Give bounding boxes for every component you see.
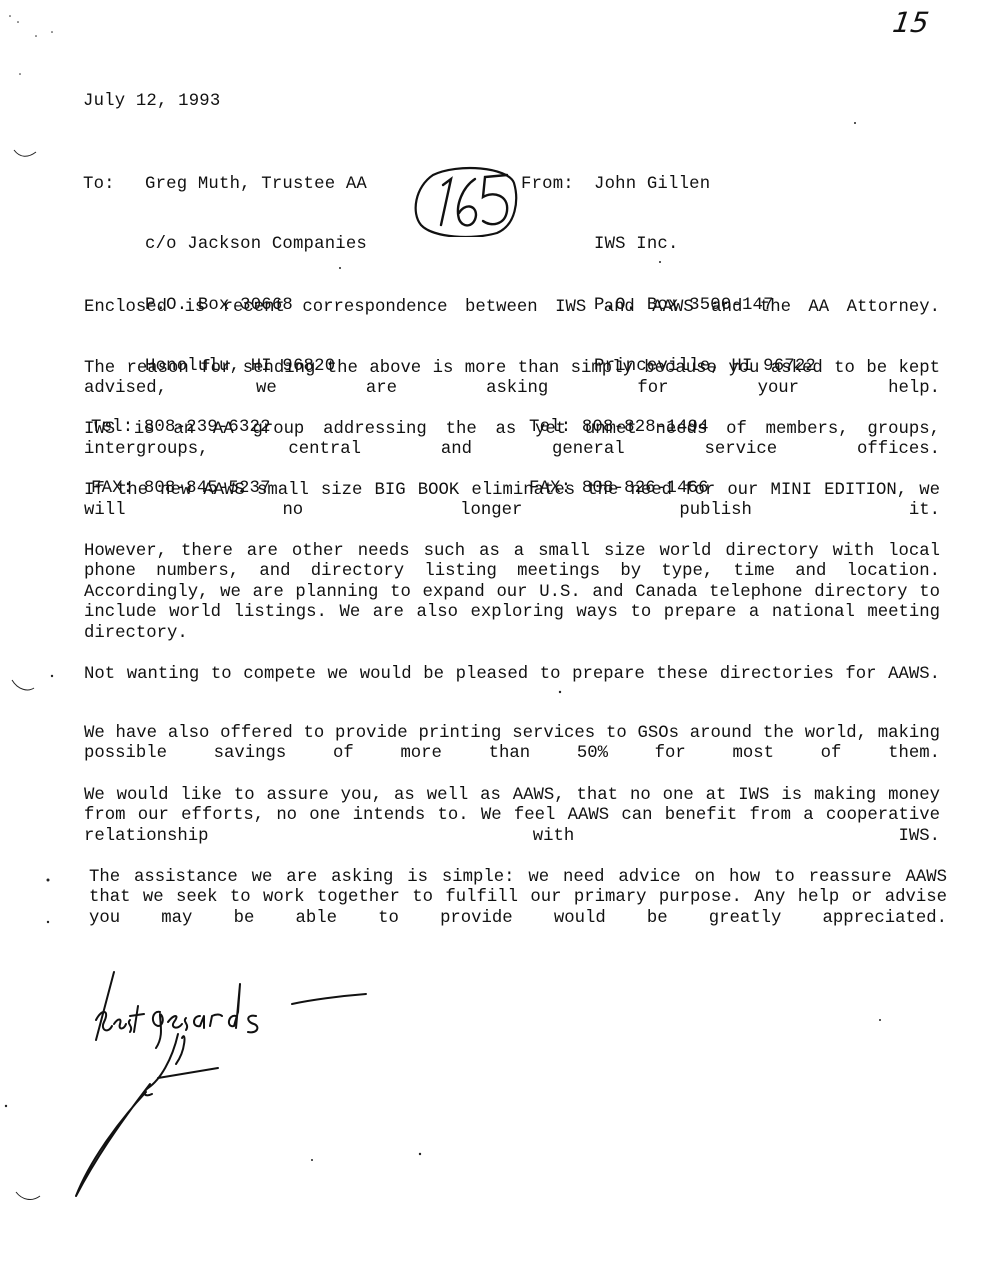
sender-name: John Gillen	[594, 175, 710, 194]
body-paragraph: However, there are other needs such as a…	[84, 542, 940, 664]
body-paragraph: Not wanting to compete we would be pleas…	[84, 665, 940, 706]
handwritten-page-number: 15	[891, 6, 931, 39]
from-label: From:	[521, 175, 594, 195]
body-paragraph: The reason for sending the above is more…	[84, 359, 940, 420]
body-paragraph: The assistance we are asking is simple: …	[89, 868, 947, 950]
body-paragraph: IWS is an AA group addressing the as yet…	[84, 420, 940, 481]
letter-date: July 12, 1993	[83, 92, 220, 112]
to-label: To:	[83, 175, 145, 195]
circled-handwritten-number	[413, 165, 519, 237]
body-paragraph: Enclosed is recent correspondence betwee…	[84, 298, 940, 339]
recipient-name: Greg Muth, Trustee AA	[145, 175, 367, 194]
body-paragraph: We would like to assure you, as well as …	[84, 786, 940, 868]
sender-address-line: IWS Inc.	[521, 235, 816, 255]
recipient-address-line: c/o Jackson Companies	[83, 235, 367, 255]
body-paragraph: If the new AAWS small size BIG BOOK elim…	[84, 481, 940, 542]
handwritten-signature: Best Regards	[60, 960, 460, 1220]
body-paragraph: We have also offered to provide printing…	[84, 724, 940, 785]
